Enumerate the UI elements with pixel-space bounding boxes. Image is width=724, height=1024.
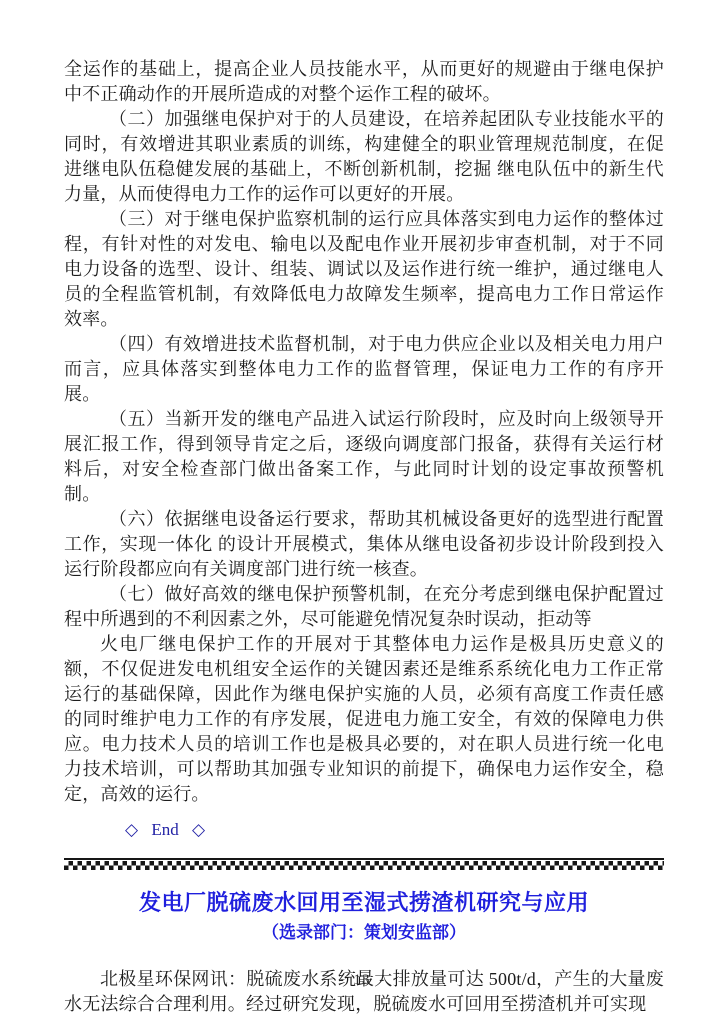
paragraph-item-4: （四）有效增进技术监督机制，对于电力供应企业以及相关电力用户而言，应具体落实到整… — [64, 332, 664, 407]
page-content: 全运作的基础上，提高企业人员技能水平，从而更好的规避由于继电保护中不正确动作的开… — [64, 57, 664, 1017]
article-title: 发电厂脱硫废水回用至湿式捞渣机研究与应用 — [64, 887, 664, 919]
paragraph-item-3: （三）对于继电保护监察机制的运行应具体落实到电力运作的整体过程，有针对性的对发电… — [64, 207, 664, 332]
page-number: - 13 - — [0, 972, 724, 989]
paragraph-continuation: 全运作的基础上，提高企业人员技能水平，从而更好的规避由于继电保护中不正确动作的开… — [64, 57, 664, 107]
paragraph-item-2: （二）加强继电保护对于的人员建设，在培养起团队专业技能水平的同时，有效增进其职业… — [64, 107, 664, 207]
article-subtitle: （选录部门：策划安监部） — [64, 922, 664, 944]
paragraph-item-5: （五）当新开发的继电产品进入试运行阶段时，应及时向上级领导开展汇报工作，得到领导… — [64, 407, 664, 507]
article-end-marker: ◇ End ◇ — [125, 817, 664, 842]
document-page: 全运作的基础上，提高企业人员技能水平，从而更好的规避由于继电保护中不正确动作的开… — [0, 0, 724, 1024]
divider-rule-line — [64, 858, 664, 860]
paragraph-closing: 火电厂继电保护工作的开展对于其整体电力运作是极具历史意义的额，不仅促进发电机组安… — [64, 632, 664, 807]
paragraph-item-6: （六）依据继电设备运行要求，帮助其机械设备更好的选型进行配置工作，实现一体化 的… — [64, 507, 664, 582]
section-divider — [64, 858, 664, 870]
divider-zigzag-pattern — [64, 861, 664, 870]
paragraph-item-7: （七）做好高效的继电保护预警机制，在充分考虑到继电保护配置过程中所遇到的不利因素… — [64, 582, 664, 632]
